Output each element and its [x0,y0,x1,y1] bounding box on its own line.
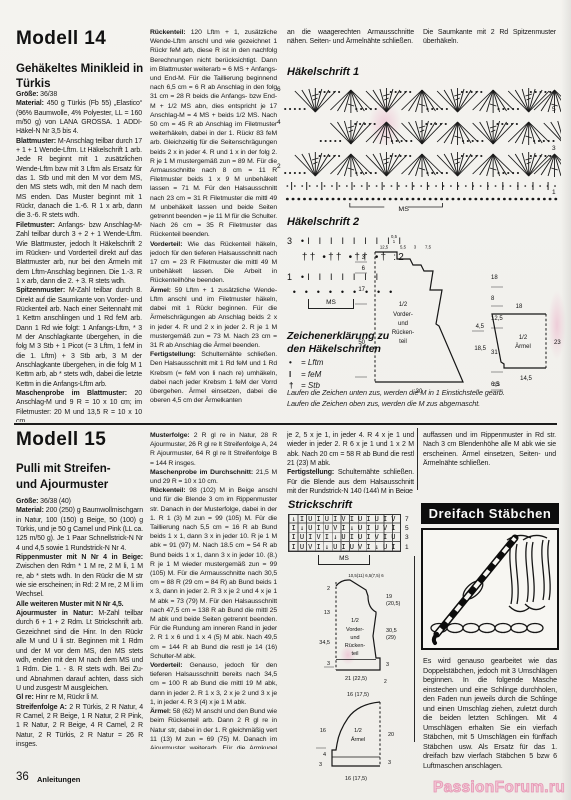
measure-50: 50 [358,340,365,346]
paragraph: Streifenfolge A: 2 R Türkis, 2 R Natur, … [16,703,143,749]
crochet-hook-illustration [423,530,557,648]
sleeve-20: 20 [388,732,394,738]
paragraph-label: Vorderteil: [150,662,182,669]
page-number: 36 [16,771,29,783]
model15-title: Modell 15 [16,429,106,451]
part-label: Ärmel [515,343,531,350]
sleeve-18-5: 18,5 [474,346,486,352]
part-label: Rücken- [392,330,414,336]
paragraph: Gl re: Hinr re M, Rückr li M. [16,693,143,702]
paragraph: Größe: 36/38 (40) [16,497,143,506]
paragraph-label: Rückenteil: [150,487,186,494]
model15-column-2: Musterfolge: 2 R gl re in Natur, 28 R Aj… [150,431,277,749]
chart1-row1: 1 [552,189,556,196]
model15-column-1: Größe: 36/38 (40)Material: 200 (250) g B… [16,497,143,749]
paragraph: Musterfolge: 2 R gl re in Natur, 28 R Aj… [150,431,277,468]
measure-2: 2 [327,586,330,592]
legend-symbol: • [289,358,301,367]
model15-subtitle-line1: Pulli mit Streifen- [16,462,111,477]
knit-chart-title: Strickschrift [288,499,352,511]
paragraph-text: Schulternähte schließen. Den Halsausschn… [150,351,277,404]
chart1-row6: 6 [277,86,281,93]
paragraph-label: Maschenprobe im Blattmuster: [16,390,127,397]
paragraph-label: Material: [16,507,44,514]
paragraph: Vorderteil: Genauso, jedoch für den tief… [150,661,277,707]
model14-column-2: Rückenteil: 120 Lftm + 1, zusätzliche We… [150,28,277,422]
model14-column-3: an die waagerechten Armausschnitte nähen… [287,28,414,52]
model14-title: Modell 14 [16,28,106,50]
paragraph-label: Ärmel: [150,708,171,715]
sleeve-3-5: 3,5 [493,382,500,388]
measure-top-3: 3 [414,245,417,250]
paragraph-label: Größe: [16,498,38,505]
sleeve-top: 16 (17,5) [347,692,369,698]
paragraph-label: Gl re: [16,694,34,701]
paragraph-label: Musterfolge: [150,432,190,439]
paragraph-label: Maschenprobe im Durchschnitt: [150,469,253,476]
section-divider [14,423,557,425]
paragraph: Die Saumkante mit 2 Rd Spitzenmuster übe… [423,28,556,47]
measure-30-5: 30,5 [386,628,397,634]
column-rule [417,428,418,490]
paragraph: Größe: 36/38 [16,90,142,99]
part-label: Vorder- [393,312,413,318]
paragraph-text: 36/38 (40) [38,498,71,505]
knit-chart-cells: IUIVI↓UIUIVIU [292,533,400,541]
chart1-row4: 4 [277,119,281,126]
part-label: 1/2 [399,302,408,308]
knit-chart-row-number: 3 [405,533,409,542]
technique-box-title: Dreifach Stäbchen [421,503,559,524]
paragraph: Vorderteil: Wie das Rückenteil häkeln, j… [150,240,277,286]
measure-top-12-5: 12,5 [380,245,389,250]
paragraph: Filetmuster: Anfangs- bzw Anschlag-M-Zah… [16,221,142,286]
paragraph: Fertigstellung: Schulternähte schließen.… [150,350,277,405]
model14-subtitle: Gehäkeltes Minikleid in Türkis [16,62,146,92]
knit-chart-grid: ↓IUIUIVIUIUIV7I↓UIUVI↓UIUVI5IUIVI↓UIUIVI… [288,514,401,552]
paragraph-label: Fertigstellung: [150,351,196,358]
legend-item: I= feM [289,370,323,382]
measure-1: 1 [393,239,396,244]
paragraph-label: Material: [16,100,44,107]
part-label: Vorder- [346,627,364,633]
measure-top-7-5: 7,5 [425,245,432,250]
paragraph-label: Alle weiteren Muster mit N Nr 4,5. [16,601,123,608]
legend-symbol: I [289,370,301,379]
part-label: 1/2 [351,618,359,624]
paragraph-label: Ärmel: [150,287,171,294]
part-label: Ärmel [351,736,365,743]
paragraph-text: M-Zahl teilbar durch 6 + 1 + 2 Rdm. Lt S… [16,610,143,692]
sleeve-3b: 3 [388,760,391,766]
paragraph: Fertigstellung: Schulternähte schließen.… [287,468,414,493]
paragraph-text: Hinr re M, Rückr li M. [34,694,99,701]
body-top-measures: 10,5(11) 6,5(7,5) 6 [348,573,384,578]
part-label: teil [351,651,358,657]
paragraph: je 2, 5 x je 1, in jeder 4. R 4 x je 1 u… [287,431,414,468]
paragraph-text: M-Anschlag teilbar durch 17 + 1 + 1 Wend… [16,138,142,220]
paragraph-label: Fertigstellung: [287,469,334,476]
paragraph: Maschenprobe im Durchschnitt: 21,5 M und… [150,468,277,486]
sleeve-3: 3 [319,762,322,768]
paragraph: Ärmel: 58 (62) M anschl und den Bund wie… [150,707,277,749]
part-label: und [398,321,408,327]
measure-20-5: (20,5) [386,601,401,607]
legend-item: •= Lftm [289,358,323,370]
paragraph-text: 59 Lftm + 1 zusätzliche Wende-Lftm ansch… [150,287,277,349]
paragraph: Material: 200 (250) g Baumwollmischgarn … [16,506,143,553]
paragraph-text: je 2, 5 x je 1, in jeder 4. R 4 x je 1 u… [287,432,414,467]
part-label: 1/2 [354,728,362,734]
model14-sleeve-schematic: 18 4,5 18,5 23 14,5 3,5 1/2 Ärmel [468,298,568,392]
technique-box-text: Es wird genauso gearbeitet wie das Doppe… [423,656,557,750]
model15-column-3: je 2, 5 x je 1, in jeder 4. R 4 x je 1 u… [287,431,414,493]
part-label: Rücken- [345,643,366,649]
model15-body-schematic: 10,5(11) 6,5(7,5) 6 2 13 34,5 3 19 (20,5… [298,566,418,690]
paragraph: Rippenmuster mit N Nr 4 in Beige: Zwisch… [16,553,143,600]
knit-chart-cells: I↓UIUVI↓UIUVI [292,524,400,532]
measure-6: 6 [362,266,366,272]
technique-box-illustration [421,528,559,650]
chart1-row5: 5 [552,106,556,113]
paragraph-label: Spitzenmuster: [16,287,65,294]
legend-note-2: Laufen die Zeichen oben zus, werden die … [287,399,559,408]
sleeve-top-18: 18 [516,304,523,310]
paragraph: Ärmel: 59 Lftm + 1 zusätzliche Wende-Lft… [150,286,277,350]
measure-21: 21 (22,5) [345,676,367,682]
paragraph-label: Ajourmuster in Natur: [16,610,93,617]
model15-sleeve-schematic: 16 (17,5) 16 4 3 20 3 16 (17,5) 1/2 Ärme… [306,686,416,786]
measure-13: 13 [324,610,330,616]
paragraph-text: Die Saumkante mit 2 Rd Spitzenmuster übe… [423,29,556,45]
paragraph: auffassen und im Rippenmuster in Rd str.… [423,431,556,468]
crochet-chart1-title: Häkelschrift 1 [287,66,359,78]
chart1-row3: 3 [552,145,556,152]
paragraph-label: Filetmuster: [16,222,55,229]
measure-18: 18 [491,275,498,281]
paragraph-text: 98 (102) M in Beige anschl und für die B… [150,487,277,660]
knit-chart-cells: IUVI↓UIUVI↓UI [292,543,400,551]
legend-definition: = Lftm [301,358,323,367]
measure-top-5-5: 5,5 [400,245,407,250]
paragraph: Spitzenmuster: M-Zahl teilbar durch 8. D… [16,286,142,389]
paragraph-text: an die waagerechten Armausschnitte nähen… [287,29,414,45]
paragraph: Rückenteil: 98 (102) M in Beige anschl u… [150,486,277,661]
sleeve-16: 16 [320,728,326,734]
sleeve-23: 23 [554,340,561,346]
paragraph: Blattmuster: M-Anschlag teilbar durch 17… [16,137,142,221]
chart1-ms-label: MS [398,206,409,213]
page-footer-label: Anleitungen [37,775,80,784]
paragraph-label: Streifenfolge A: [16,704,67,711]
paragraph: Maschenprobe im Blattmuster: 20 Anschlag… [16,389,142,422]
sleeve-4-5: 4,5 [476,324,485,330]
part-label: teil [399,339,407,345]
sleeve-14-5: 14,5 [520,376,532,382]
measure-34-5: 34,5 [319,640,330,646]
measure-3: 3 [327,661,330,667]
knit-chart-row-number: 1 [405,543,409,552]
knit-chart-row: IUIVI↓UIUIVIU3 [289,533,400,542]
measure-19: 19 [386,594,392,600]
sleeve-bottom: 16 (17,5) [345,776,367,782]
model15-column-4: auffassen und im Rippenmuster in Rd str.… [423,431,556,479]
legend-definition: = feM [301,370,321,379]
paragraph: Material: 450 g Türkis (Fb 55) „Elastico… [16,99,142,136]
paragraph: an die waagerechten Armausschnitte nähen… [287,28,414,47]
paragraph-text: 36/38 [38,91,57,98]
measure-3: 3 [362,255,366,261]
paragraph-text: Anfangs- bzw Anschlag-M-Zahl teilbar dur… [16,222,142,285]
knit-chart-ms-bracket: MS [318,555,370,565]
paragraph-text: M-Zahl teilbar durch 8. Direkt auf die S… [16,287,142,387]
crochet-chart1-diagram: MS [283,84,561,214]
knit-chart-row-number: 7 [405,515,409,524]
measure-17: 17 [358,287,365,293]
paragraph-text: 120 Lftm + 1, zusätzliche Wende-Lftm ans… [150,29,277,238]
model14-column-4: Die Saumkante mit 2 Rd Spitzenmuster übe… [423,28,556,52]
paragraph-text: Zwischen den Rdm * 1 M re, 2 M li, 1 M r… [16,563,143,598]
sleeve-4: 4 [323,752,326,758]
part-label: und [350,635,359,641]
watermark: PassionForum.ru [433,779,565,797]
paragraph-label: Blattmuster: [16,138,56,145]
magazine-page: Modell 14 Gehäkeltes Minikleid in Türkis… [0,0,571,800]
page-edge-shadow [561,0,571,800]
model15-subtitle-line2: und Ajourmuster [16,478,108,493]
paragraph-label: Rippenmuster mit N Nr 4 in Beige: [16,554,143,561]
part-label: 1/2 [519,335,528,341]
paragraph-label: Rückenteil: [150,29,186,36]
knit-chart-cells: ↓IUIUIVIUIUIV [292,515,400,523]
measure-3b: 3 [386,662,389,668]
knit-chart-row-number: 5 [405,524,409,533]
knit-chart-row: IUVI↓UIUVI↓UI1 [289,543,400,552]
chart1-row2: 2 [277,163,281,170]
paragraph: Alle weiteren Muster mit N Nr 4,5. [16,600,143,609]
paragraph: Rückenteil: 120 Lftm + 1, zusätzliche We… [150,28,277,240]
paragraph-label: Größe: [16,91,38,98]
measure-29: (29) [386,635,396,641]
paragraph-label: Vorderteil: [150,241,182,248]
measure-30: 30 [416,389,423,394]
measure-2b: 2 [384,679,387,685]
knit-chart-row: ↓IUIUIVIUIUIV7 [289,515,400,524]
paragraph-text: auffassen und im Rippenmuster in Rd str.… [423,432,556,467]
model14-column-1: Größe: 36/38Material: 450 g Türkis (Fb 5… [16,90,142,422]
knit-chart-row: I↓UIUVI↓UIUVI5 [289,524,400,533]
paragraph: Ajourmuster in Natur: M-Zahl teilbar dur… [16,609,143,693]
